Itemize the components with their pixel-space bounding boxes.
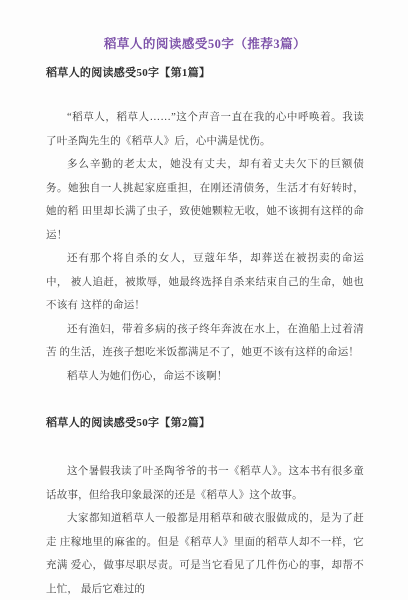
essay-section-1: 稻草人的阅读感受50字【第1篇】 “稻草人，稻草人……”这个声音一直在我的心中呼…	[46, 65, 364, 388]
section-2-body: 这个暑假我读了叶圣陶爷爷的书一《稻草人》。这本书有很多童 话故事，但给我印象最深…	[46, 460, 364, 600]
paragraph: 这个暑假我读了叶圣陶爷爷的书一《稻草人》。这本书有很多童 话故事，但给我印象最深…	[46, 460, 364, 507]
paragraph: 大家都知道稻草人一般都是用稻草和破衣服做成的，是为了赶走 庄稼地里的麻雀的。但是…	[46, 507, 364, 600]
paragraph: 多么辛勤的老太太，她没有丈夫，却有着丈夫欠下的巨额债务。她独自一人挑起家庭重担，…	[46, 153, 364, 247]
essay-section-2: 稻草人的阅读感受50字【第2篇】 这个暑假我读了叶圣陶爷爷的书一《稻草人》。这本…	[46, 415, 364, 600]
paragraph: “稻草人，稻草人……”这个声音一直在我的心中呼唤着。我读 了叶圣陶先生的《稻草人…	[46, 106, 364, 153]
document-page: 稻草人的阅读感受50字（推荐3篇） 稻草人的阅读感受50字【第1篇】 “稻草人，…	[0, 0, 408, 600]
section-1-body: “稻草人，稻草人……”这个声音一直在我的心中呼唤着。我读 了叶圣陶先生的《稻草人…	[46, 106, 364, 388]
section-1-heading: 稻草人的阅读感受50字【第1篇】	[46, 65, 364, 81]
document-title: 稻草人的阅读感受50字（推荐3篇）	[46, 36, 364, 52]
paragraph: 还有渔妇，带着多病的孩子终年奔波在水上，在渔船上过着清苦 的生活，连孩子想吃米饭…	[46, 318, 364, 365]
paragraph: 稻草人为她们伤心，命运不该啊！	[46, 365, 364, 389]
section-2-heading: 稻草人的阅读感受50字【第2篇】	[46, 415, 364, 431]
paragraph: 还有那个将自杀的女人，豆蔻年华，却葬送在被拐卖的命运中， 被人追赶，被欺辱，她最…	[46, 247, 364, 318]
